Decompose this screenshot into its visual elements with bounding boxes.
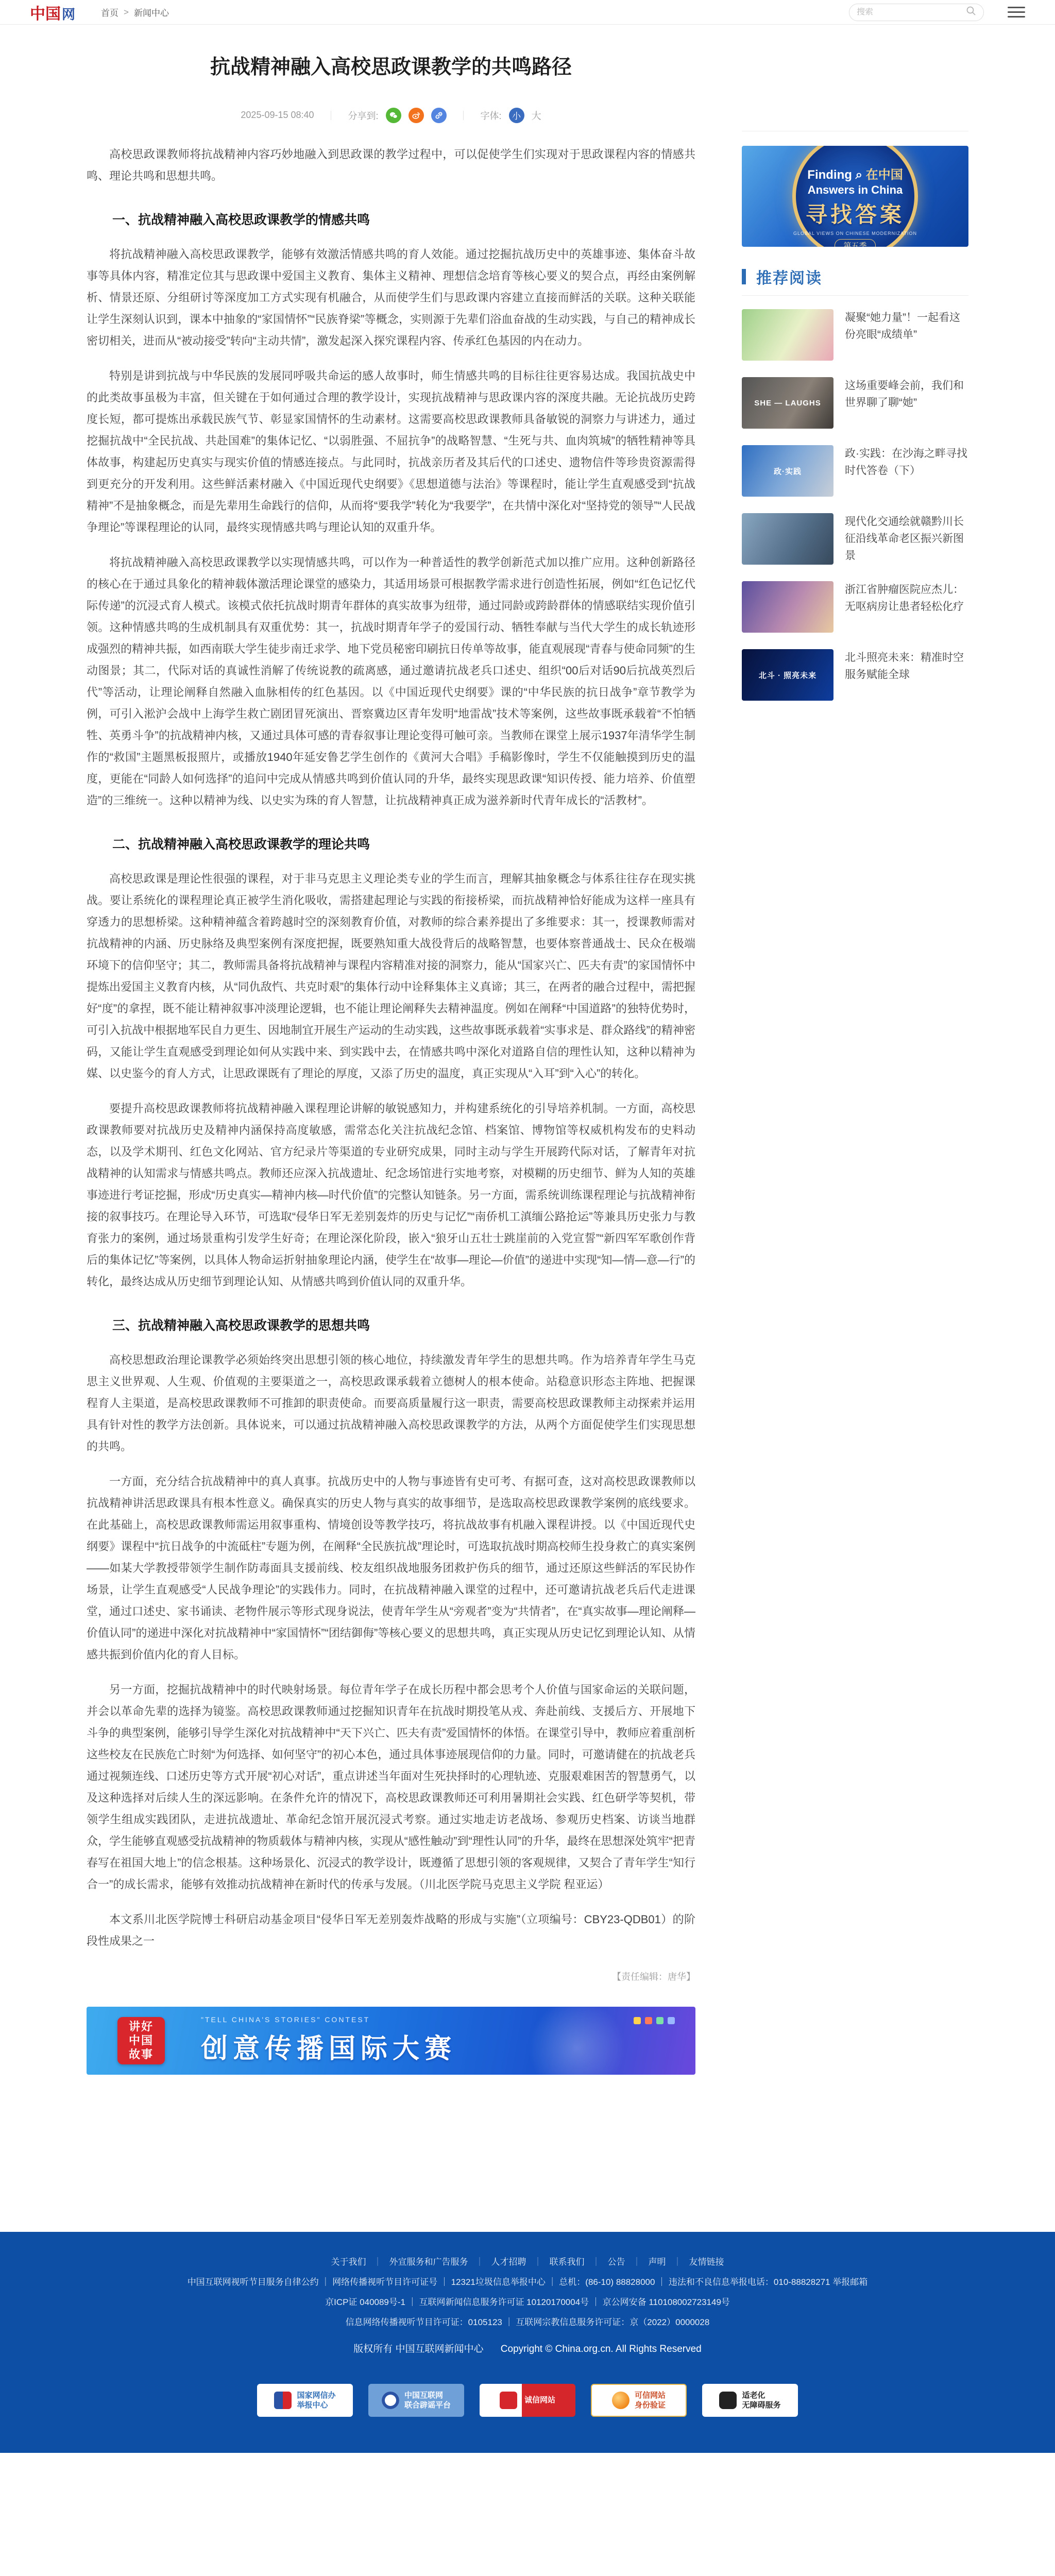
recommended-item[interactable]: 北斗 · 照亮未来北斗照亮未来：精准时空服务赋能全球 [742,641,968,709]
article-section-heading: 三、抗战精神融入高校思政课教学的思想共鸣 [87,1315,695,1336]
content-area: 抗战精神融入高校思政课教学的共鸣路径 2025-09-15 08:40 ｜ 分享… [87,25,968,2075]
footer-badge[interactable]: 适老化无障碍服务 [702,2384,798,2417]
tell-china-stories-badge: 讲好 中国 故事 [117,2017,165,2064]
recommended-item-title[interactable]: 浙江省肿瘤医院应杰儿：无呕病房让患者轻松化疗 [845,581,968,633]
banner-decoration [634,2017,675,2024]
footer-link[interactable]: 关于我们 [331,2257,366,2267]
badge-label: 诚信网站 [524,2395,555,2405]
ad-season-chip: 第五季 [835,239,875,247]
sidebar-divider [742,131,968,131]
weibo-share-icon[interactable] [409,108,424,123]
font-small-button[interactable]: 小 [509,108,524,123]
recommended-list: 凝聚“她力量”！一起看这份亮眼“成绩单”SHE — LAUGHS这场重要峰会前，… [742,301,968,709]
menu-icon[interactable] [1008,4,1025,21]
recommended-item[interactable]: 凝聚“她力量”！一起看这份亮眼“成绩单” [742,301,968,369]
recommended-item-title[interactable]: 凝聚“她力量”！一起看这份亮眼“成绩单” [845,309,968,361]
ad-finding-text: Finding [807,168,852,182]
search-icon[interactable] [966,6,976,19]
article-meta-row: 2025-09-15 08:40 ｜ 分享到: ｜ 字体: 小 大 [87,108,695,123]
article-paragraph: 将抗战精神融入高校思政课教学以实现情感共鸣，可以作为一种普适性的教学创新范式加以… [87,552,695,811]
recommended-item-title[interactable]: 现代化交通绘就赣黔川长征沿线革命老区振兴新图景 [845,513,968,565]
recommended-item-thumbnail[interactable]: 北斗 · 照亮未来 [742,649,833,701]
article-paragraph: 另一方面，挖掘抗战精神中的时代映射场景。每位青年学子在成长历程中都会思考个人价值… [87,1679,695,1895]
footer-link[interactable]: 声明 [649,2257,666,2267]
recommended-item-thumbnail[interactable] [742,513,833,565]
article-paragraph: 本文系川北医学院博士科研启动基金项目“侵华日军无差别轰炸战略的形成与实施”（立项… [87,1909,695,1952]
recommended-item-thumbnail[interactable]: SHE — LAUGHS [742,377,833,429]
article-paragraph: 高校思想政治理论课教学必须始终突出思想引领的核心地位，持续激发青年学生的思想共鸣… [87,1349,695,1458]
top-navigation-bar: 中国 网 首页 > 新闻中心 [0,0,1055,25]
badge-icon [500,2392,517,2409]
footer-badges-row: 国家网信办举报中心中国互联网联合辟谣平台诚信网站可信网站身份验证适老化无障碍服务 [0,2384,1055,2417]
recommended-item[interactable]: SHE — LAUGHS这场重要峰会前，我们和世界聊了聊“她” [742,369,968,437]
ad-main-title: 寻找答案 [742,198,968,229]
article-paragraph: 特别是讲到抗战与中华民族的发展同呼吸共命运的感人故事时，师生情感共鸣的目标往往更… [87,365,695,538]
breadcrumb-home-link[interactable]: 首页 [101,6,118,19]
badge-icon [274,2392,292,2409]
footer-license-row-3: 信息网络传播视听节目许可证：0105123 ｜ 互联网宗教信息服务许可证：京（2… [0,2315,1055,2328]
recommended-item[interactable]: 浙江省肿瘤医院应杰儿：无呕病房让患者轻松化疗 [742,573,968,641]
china-org-logo[interactable]: 中国 网 [30,1,75,24]
footer-license-row-2: 京ICP证 040089号-1 ｜ 互联网新闻信息服务许可证 101201700… [0,2295,1055,2308]
recommended-item-title[interactable]: 政·实践：在沙海之畔寻找时代答卷（下） [845,445,968,497]
footer-badge[interactable]: 国家网信办举报中心 [257,2384,353,2417]
article-paragraph: 高校思政课教师将抗战精神内容巧妙地融入到思政课的教学过程中，可以促使学生们实现对… [87,144,695,187]
recommended-divider [742,295,968,296]
site-footer: 关于我们｜外宣服务和广告服务｜人才招聘｜联系我们｜公告｜声明｜友情链接 中国互联… [0,2232,1055,2453]
sidebar: Finding ⌕ 在中国 Answers in China 寻找答案 GLOB… [742,25,968,709]
contest-title: 创意传播国际大赛 [201,2027,456,2065]
article-paragraph: 高校思政课是理论性很强的课程，对于非马克思主义理论类专业的学生而言，理解其抽象概… [87,868,695,1084]
recommended-reading-title: 推荐阅读 [756,265,822,288]
breadcrumb: 首页 > 新闻中心 [101,6,169,19]
article-date: 2025-09-15 08:40 [241,110,314,121]
badge-icon [719,2392,737,2409]
ad-answers-text: Answers in China [742,183,968,197]
recommended-item[interactable]: 现代化交通绘就赣黔川长征沿线革命老区振兴新图景 [742,505,968,573]
ad-subtitle: GLOBAL VIEWS ON CHINESE MODERNIZATION [742,231,968,236]
logo-text-net: 网 [62,4,75,23]
copy-link-share-icon[interactable] [431,108,447,123]
footer-link[interactable]: 联系我们 [550,2257,585,2267]
footer-link[interactable]: 公告 [608,2257,625,2267]
badge-label: 可信网站身份验证 [635,2391,666,2410]
badge-icon [612,2392,629,2409]
footer-badge[interactable]: 可信网站身份验证 [591,2384,687,2417]
ad-cn-text: 在中国 [866,168,903,182]
badge-label: 中国互联网联合辟谣平台 [404,2391,451,2410]
recommended-item-thumbnail[interactable] [742,581,833,633]
ad-magnifier-icon: ⌕ [856,168,866,182]
recommended-item[interactable]: 政·实践政·实践：在沙海之畔寻找时代答卷（下） [742,437,968,505]
recommended-reading-header: 推荐阅读 [742,265,968,288]
search-box[interactable] [849,4,984,21]
article-column: 抗战精神融入高校思政课教学的共鸣路径 2025-09-15 08:40 ｜ 分享… [87,25,695,2075]
badge-label: 国家网信办举报中心 [297,2391,335,2410]
footer-badge[interactable]: 诚信网站 [480,2384,575,2417]
article-section-heading: 一、抗战精神融入高校思政课教学的情感共鸣 [87,210,695,230]
footer-license-row-1: 中国互联网视听节目服务自律公约 ｜ 网络传播视听节目许可证号 ｜ 12321垃圾… [0,2275,1055,2287]
font-size-label: 字体: [481,109,502,122]
contest-banner-ad[interactable]: 讲好 中国 故事 "TELL CHINA'S STORIES" CONTEST … [87,2007,695,2075]
editor-credit: 【责任编辑：唐华】 [87,1970,695,1983]
footer-copyright: 版权所有 中国互联网新闻中心 Copyright © China.org.cn.… [0,2341,1055,2355]
footer-link[interactable]: 人才招聘 [491,2257,526,2267]
logo-text-cn: 中国 [30,1,61,24]
recommended-item-thumbnail[interactable]: 政·实践 [742,445,833,497]
footer-links-row: 关于我们｜外宣服务和广告服务｜人才招聘｜联系我们｜公告｜声明｜友情链接 [0,2255,1055,2267]
breadcrumb-section-link[interactable]: 新闻中心 [134,6,169,19]
article-paragraph: 要提升高校思政课教师将抗战精神融入课程理论讲解的敏锐感知力，并构建系统化的引导培… [87,1098,695,1293]
recommended-item-title[interactable]: 这场重要峰会前，我们和世界聊了聊“她” [845,377,968,429]
article-section-heading: 二、抗战精神融入高校思政课教学的理论共鸣 [87,834,695,855]
article-title: 抗战精神融入高校思政课教学的共鸣路径 [87,55,695,81]
badge-icon [382,2392,399,2409]
share-label: 分享到: [348,109,379,122]
article-paragraph: 一方面，充分结合抗战精神中的真人真事。抗战历史中的人物与事迹皆有史可考、有据可查… [87,1471,695,1666]
footer-link[interactable]: 友情链接 [689,2257,724,2267]
copyright-en: Copyright © China.org.cn. All Rights Res… [501,2344,702,2354]
footer-link[interactable]: 外宣服务和广告服务 [389,2257,468,2267]
article-body: 高校思政课教师将抗战精神内容巧妙地融入到思政课的教学过程中，可以促使学生们实现对… [87,144,695,1952]
footer-badge[interactable]: 中国互联网联合辟谣平台 [368,2384,464,2417]
badge-label: 适老化无障碍服务 [742,2391,780,2410]
contest-english-line: "TELL CHINA'S STORIES" CONTEST [201,2015,456,2024]
wechat-share-icon[interactable] [386,108,401,123]
search-input[interactable] [857,8,966,17]
copyright-cn: 版权所有 中国互联网新闻中心 [353,2344,483,2354]
breadcrumb-separator: > [124,7,129,18]
recommended-item-thumbnail[interactable] [742,309,833,361]
article-paragraph: 将抗战精神融入高校思政课教学，能够有效激活情感共鸣的育人效能。通过挖掘抗战历史中… [87,244,695,352]
finding-answers-ad[interactable]: Finding ⌕ 在中国 Answers in China 寻找答案 GLOB… [742,146,968,247]
recommended-item-title[interactable]: 北斗照亮未来：精准时空服务赋能全球 [845,649,968,701]
section-accent-bar [742,269,746,284]
font-large-button[interactable]: 大 [532,108,541,122]
